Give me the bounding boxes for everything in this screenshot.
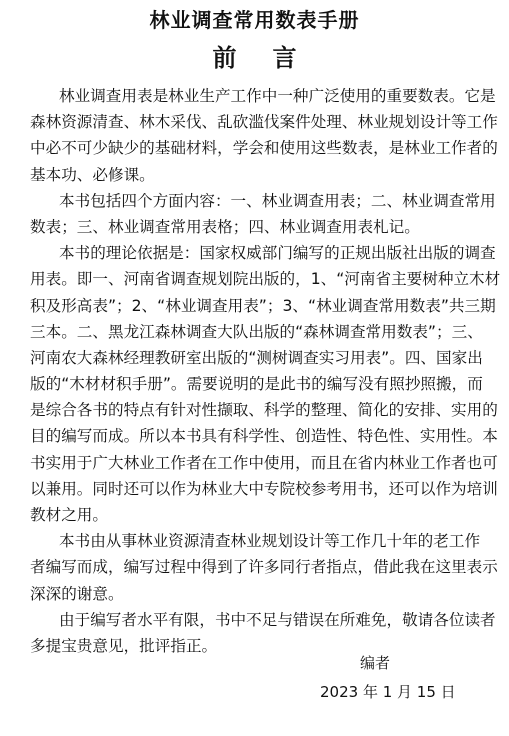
paragraph-line: 河南农大森林经理教研室出版的“测树调查实习用表”。四、国家出	[30, 345, 474, 371]
paragraph-line: 由于编写者水平有限，书中不足与错误在所难免，敬请各位读者	[30, 607, 474, 633]
preface-heading-char-2: 言	[273, 38, 297, 73]
paragraph-line: 书实用于广大林业工作者在工作中使用，而且在省内林业工作者也可	[30, 450, 474, 476]
paragraph-line: 本书由从事林业资源清查林业规划设计等工作几十年的老工作	[30, 528, 474, 554]
paragraph-line: 中必不可少缺少的基础材料，学会和使用这些数表，是林业工作者的	[30, 135, 474, 161]
preface-heading: 前言	[0, 38, 509, 73]
paragraph-line: 目的编写而成。所以本书具有科学性、创造性、特色性、实用性。本	[30, 423, 474, 449]
signature: 编者	[360, 652, 390, 673]
paragraph-line: 本书包括四个方面内容：一、林业调查用表；二、林业调查常用	[30, 188, 474, 214]
paragraph-line: 三本。二、黑龙江森林调查大队出版的“森林调查常用数表”；三、	[30, 319, 474, 345]
paragraph-line: 积及形高表”；2、“林业调查用表”；3、“林业调查常用数表”共三期	[30, 293, 474, 319]
book-title: 林业调查常用数表手册	[0, 4, 509, 33]
paragraph-line: 林业调查用表是林业生产工作中一种广泛使用的重要数表。它是	[30, 83, 474, 109]
paragraph-line: 以兼用。同时还可以作为林业大中专院校参考用书，还可以作为培训	[30, 476, 474, 502]
paragraph-line: 本书的理论依据是：国家权威部门编写的正规出版社出版的调查	[30, 240, 474, 266]
paragraph-line: 基本功、必修课。	[30, 162, 474, 188]
paragraph-line: 版的“木材材积手册”。需要说明的是此书的编写没有照抄照搬，而	[30, 371, 474, 397]
paragraph-line: 用表。即一、河南省调查规划院出版的，1、“河南省主要树种立木材	[30, 266, 474, 292]
paragraph-line: 者编写而成，编写过程中得到了许多同行者指点，借此我在这里表示	[30, 554, 474, 580]
paragraph-line: 深深的谢意。	[30, 581, 474, 607]
paragraph-line: 多提宝贵意见，批评指正。	[30, 633, 474, 659]
paragraph-line: 森林资源清查、林木采伐、乱砍滥伐案件处理、林业规划设计等工作	[30, 109, 474, 135]
preface-body: 林业调查用表是林业生产工作中一种广泛使用的重要数表。它是 森林资源清查、林木采伐…	[30, 83, 474, 659]
preface-heading-char-1: 前	[213, 38, 237, 73]
paragraph-line: 数表；三、林业调查常用表格；四、林业调查用表札记。	[30, 214, 474, 240]
paragraph-line: 是综合各书的特点有针对性撷取、科学的整理、简化的安排、实用的	[30, 397, 474, 423]
paragraph-line: 教材之用。	[30, 502, 474, 528]
date: 2023 年 1 月 15 日	[320, 681, 456, 702]
